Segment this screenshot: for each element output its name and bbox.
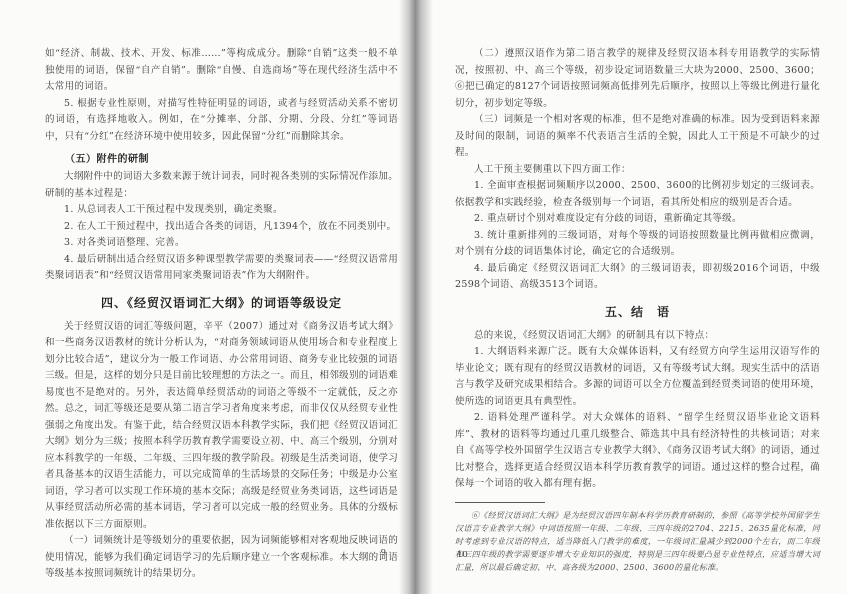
paragraph-manual-intervention: 人工干预主要侧重以下四方面工作： [455,162,820,179]
list-item-step-4: 4. 最后研制出适合经贸汉语多种课型教学需要的类聚词表——“经贸汉语常用类聚词语… [45,252,398,285]
paragraph-principle-three: （三）词频是一个相对客观的标准，但不是绝对准确的标准。因为受到语料来源及时间的限… [455,112,820,162]
list-item-step-3: 3. 对各类词语整理、完善。 [45,235,398,252]
list-item-work-3: 3. 统计重新排列的三级词语，对每个等级的词语按照数量比例再做相应微调，对个别有… [455,228,820,261]
footnote-6: ⑥《经贸汉语词汇大纲》是为经贸汉语四年制本科学历教育研制的，参照《高等学校外国留… [455,509,820,574]
page-9: 如“经济、制裁、技术、开发、标准……”等构成成分。删除“自销”这类一般不单独使用… [0,0,404,594]
book-spine-shadow [399,0,433,594]
footnote-separator [455,502,545,503]
document-spread: 如“经济、制裁、技术、开发、标准……”等构成成分。删除“自销”这类一般不单独使用… [0,0,847,594]
paragraph-conclusion-summary: 总的来说，《经贸汉语词汇大纲》的研制具有以下特点： [455,328,820,345]
heading-section-five-conclusion: 五、结 语 [455,303,820,320]
page-number-right: 10 [457,550,468,560]
paragraph-feature-1: 1. 大纲语料来源广泛。既有大众媒体语料，又有经贸方向学生运用汉语写作的毕业论文… [455,344,820,410]
heading-appendix-development: （五）附件的研制 [45,150,398,165]
list-item-work-1: 1. 全面审查根据词频顺序以2000、2500、3600的比例初步划定的三级词表… [455,178,820,211]
paragraph-feature-2: 2. 语料处理严谨科学。对大众媒体的语料、“留学生经贸汉语毕业论文语料库”、教材… [455,410,820,493]
page-10: （二）遵照汉语作为第二语言教学的规律及经贸汉语本科专用语教学的实际情况，按照初、… [430,0,847,594]
paragraph-appendix-process: 大纲附件中的词语大多数来源于统计词表，同时视各类别的实际情况作添加。研制的基本过… [45,169,398,202]
paragraph-professional-principle: 5. 根据专业性原则，对描写性特征明显的词语，或者与经贸活动关系不密切的词语，有… [45,96,398,146]
list-item-step-1: 1. 从总词表人工干预过程中发现类别，确定类聚。 [45,202,398,219]
paragraph-word-deletion: 如“经济、制裁、技术、开发、标准……”等构成成分。删除“自销”这类一般不单独使用… [45,46,398,96]
list-item-step-2: 2. 在人工干预过程中，找出适合各类的词语，凡1394个，放在不同类别中。 [45,219,398,236]
paragraph-principle-two: （二）遵照汉语作为第二语言教学的规律及经贸汉语本科专用语教学的实际情况，按照初、… [455,46,820,112]
list-item-work-2: 2. 重点研讨个别对难度设定有分歧的词语，重新确定其等级。 [455,211,820,228]
list-item-work-4: 4. 最后确定《经贸汉语词汇大纲》的三级词语表，即初级2016个词语，中级259… [455,261,820,294]
heading-section-four: 四、《经贸汉语词汇大纲》的词语等级设定 [45,294,398,311]
page-number-left: 9 [381,548,386,558]
paragraph-principle-one: （一）词频统计是等级划分的重要依据，因为词频能够相对客观地反映词语的使用情况，能… [45,533,398,583]
paragraph-grading-discussion: 关于经贸汉语的词汇等级问题，辛平（2007）通过对《商务汉语考试大纲》和一些商务… [45,319,398,534]
